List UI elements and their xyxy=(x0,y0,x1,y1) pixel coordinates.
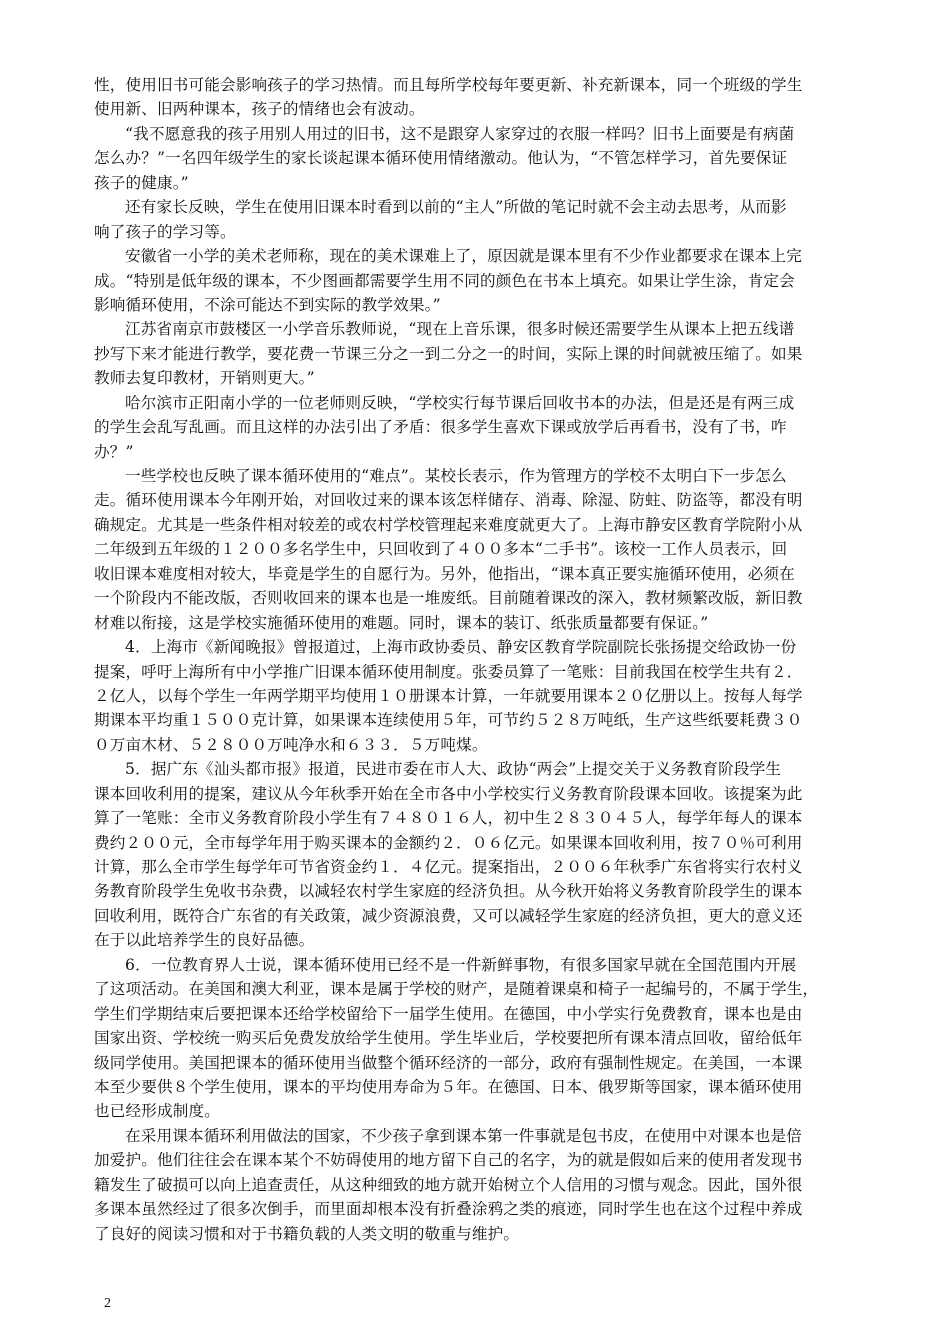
text-line: 哈尔滨市正阳南小学的一位老师则反映，“学校实行每节课后回收书本的办法，但是还是有… xyxy=(94,391,856,415)
document-page: 性，使用旧书可能会影响孩子的学习热情。而且每所学校每年要更新、补充新课本，同一个… xyxy=(0,0,950,1344)
text-line: 国家出资、学校统一购买后免费发放给学生使用。学生毕业后，学校要把所有课本清点回收… xyxy=(94,1026,856,1050)
text-line: 课本回收利用的提案，建议从今年秋季开始在全市各中小学校实行义务教育阶段课本回收。… xyxy=(94,782,856,806)
paragraph-item-6-foreign-practice: 6．一位教育界人士说，课本循环使用已经不是一件新鲜事物，有很多国家早就在全国范围… xyxy=(94,953,856,1124)
text-line: 了这项活动。在美国和澳大利亚，课本是属于学校的财产，是随着课桌和椅子一起编号的，… xyxy=(94,977,856,1001)
paragraph-continued-reading-enthusiasm: 性，使用旧书可能会影响孩子的学习热情。而且每所学校每年要更新、补充新课本，同一个… xyxy=(94,73,856,122)
text-line: 务教育阶段学生免收书杂费，以减轻农村学生家庭的经济负担。从今秋开始将义务教育阶段… xyxy=(94,879,856,903)
text-line: 确规定。尤其是一些条件相对较差的或农村学校管理起来难度就更大了。上海市静安区教育… xyxy=(94,513,856,537)
text-line: 学生们学期结束后要把课本还给学校留给下一届学生使用。在德国，中小学实行免费教育，… xyxy=(94,1002,856,1026)
text-line: 办？” xyxy=(94,440,856,464)
text-line: 性，使用旧书可能会影响孩子的学习热情。而且每所学校每年要更新、补充新课本，同一个… xyxy=(94,73,856,97)
paragraph-harbin-teacher: 哈尔滨市正阳南小学的一位老师则反映，“学校实行每节课后回收书本的办法，但是还是有… xyxy=(94,391,856,464)
text-line: 材难以衔接，这是学校实施循环使用的难题。同时，课本的装订、纸张质量都要有保证。” xyxy=(94,611,856,635)
text-line: 本至少要供８个学生使用，课本的平均使用寿命为５年。在德国、日本、俄罗斯等国家，课… xyxy=(94,1075,856,1099)
text-line: 走。循环使用课本今年刚开始，对回收过来的课本该怎样储存、消毒、除湿、防蛀、防盗等… xyxy=(94,488,856,512)
text-line: 一些学校也反映了课本循环使用的“难点”。某校长表示，作为管理方的学校不太明白下一… xyxy=(94,464,856,488)
text-line: 响了孩子的学习等。 xyxy=(94,220,856,244)
paragraph-parent-quote: “我不愿意我的孩子用别人用过的旧书，这不是跟穿人家穿过的衣服一样吗？旧书上面要是… xyxy=(94,122,856,195)
text-line: 在于以此培养学生的良好品德。 xyxy=(94,928,856,952)
text-line: 也已经形成制度。 xyxy=(94,1099,856,1123)
text-line: “我不愿意我的孩子用别人用过的旧书，这不是跟穿人家穿过的衣服一样吗？旧书上面要是… xyxy=(94,122,856,146)
text-line: 6．一位教育界人士说，课本循环使用已经不是一件新鲜事物，有很多国家早就在全国范围… xyxy=(94,953,856,977)
text-line: 抄写下来才能进行教学，要花费一节课三分之一到二分之一的时间，实际上课的时间就被压… xyxy=(94,342,856,366)
paragraph-book-care-habits: 在采用课本循环利用做法的国家，不少孩子拿到课本第一件事就是包书皮，在使用中对课本… xyxy=(94,1124,856,1246)
text-line: ０万亩木材、５２８００万吨净水和６３３．５万吨煤。 xyxy=(94,733,856,757)
paragraph-item-5-shantou-proposal: 5．据广东《汕头都市报》报道，民进市委在市人大、政协“两会”上提交关于义务教育阶… xyxy=(94,757,856,953)
text-line: 4．上海市《新闻晚报》曾报道过，上海市政协委员、静安区教育学院副院长张扬提交给政… xyxy=(94,635,856,659)
text-line: 江苏省南京市鼓楼区一小学音乐教师说，“现在上音乐课，很多时候还需要学生从课本上把… xyxy=(94,317,856,341)
document-body: 性，使用旧书可能会影响孩子的学习热情。而且每所学校每年要更新、补充新课本，同一个… xyxy=(94,73,856,1246)
text-line: 的学生会乱写乱画。而且这样的办法引出了矛盾：很多学生喜欢下课或放学后再看书，没有… xyxy=(94,415,856,439)
text-line: 提案，呼吁上海所有中小学推广旧课本循环使用制度。张委员算了一笔账：目前我国在校学… xyxy=(94,660,856,684)
text-line: 孩子的健康。” xyxy=(94,171,856,195)
text-line: 成。“特别是低年级的课本，不少图画都需要学生用不同的颜色在书本上填充。如果让学生… xyxy=(94,269,856,293)
text-line: ２亿人，以每个学生一年两学期平均使用１０册课本计算，一年就要用课本２０亿册以上。… xyxy=(94,684,856,708)
text-line: 安徽省一小学的美术老师称，现在的美术课难上了，原因就是课本里有不少作业都要求在课… xyxy=(94,244,856,268)
text-line: 费约２００元，全市每学年用于购买课本的金额约２．０６亿元。如果课本回收利用，按７… xyxy=(94,831,856,855)
text-line: 算了一笔账：全市义务教育阶段小学生有７４８０１６人，初中生２８３０４５人，每学年… xyxy=(94,806,856,830)
text-line: 计算，那么全市学生每学年可节省资金约１．４亿元。提案指出，２００６年秋季广东省将… xyxy=(94,855,856,879)
page-number: 2 xyxy=(104,1296,111,1312)
text-line: 回收利用，既符合广东省的有关政策，减少资源浪费，又可以减轻学生家庭的经济负担，更… xyxy=(94,904,856,928)
paragraph-nanjing-music-teacher: 江苏省南京市鼓楼区一小学音乐教师说，“现在上音乐课，很多时候还需要学生从课本上把… xyxy=(94,317,856,390)
text-line: 二年级到五年级的１２００多名学生中，只回收到了４００多本“二手书”。该校一工作人… xyxy=(94,537,856,561)
text-line: 了良好的阅读习惯和对于书籍负载的人类文明的敬重与维护。 xyxy=(94,1222,856,1246)
text-line: 收旧课本难度相对较大，毕竟是学生的自愿行为。另外，他指出，“课本真正要实施循环使… xyxy=(94,562,856,586)
text-line: 级同学使用。美国把课本的循环使用当做整个循环经济的一部分，政府有强制性规定。在美… xyxy=(94,1051,856,1075)
text-line: 使用新、旧两种课本，孩子的情绪也会有波动。 xyxy=(94,97,856,121)
text-line: 5．据广东《汕头都市报》报道，民进市委在市人大、政协“两会”上提交关于义务教育阶… xyxy=(94,757,856,781)
text-line: 一个阶段内不能改版，否则收回来的课本也是一堆废纸。目前随着课改的深入，教材频繁改… xyxy=(94,586,856,610)
text-line: 在采用课本循环利用做法的国家，不少孩子拿到课本第一件事就是包书皮，在使用中对课本… xyxy=(94,1124,856,1148)
paragraph-item-4-shanghai-proposal: 4．上海市《新闻晚报》曾报道过，上海市政协委员、静安区教育学院副院长张扬提交给政… xyxy=(94,635,856,757)
paragraph-anhui-art-teacher: 安徽省一小学的美术老师称，现在的美术课难上了，原因就是课本里有不少作业都要求在课… xyxy=(94,244,856,317)
paragraph-previous-owner-notes: 还有家长反映，学生在使用旧课本时看到以前的“主人”所做的笔记时就不会主动去思考，… xyxy=(94,195,856,244)
text-line: 加爱护。他们往往会在课本某个不妨碍使用的地方留下自己的名字，为的就是假如后来的使… xyxy=(94,1148,856,1172)
text-line: 教师去复印教材，开销则更大。” xyxy=(94,366,856,390)
text-line: 籍发生了破损可以向上追查责任，从这种细致的地方就开始树立个人信用的习惯与观念。因… xyxy=(94,1173,856,1197)
text-line: 影响循环使用，不涂可能达不到实际的教学效果。” xyxy=(94,293,856,317)
text-line: 期课本平均重１５００克计算，如果课本连续使用５年，可节约５２８万吨纸，生产这些纸… xyxy=(94,708,856,732)
paragraph-school-difficulties: 一些学校也反映了课本循环使用的“难点”。某校长表示，作为管理方的学校不太明白下一… xyxy=(94,464,856,635)
text-line: 还有家长反映，学生在使用旧课本时看到以前的“主人”所做的笔记时就不会主动去思考，… xyxy=(94,195,856,219)
text-line: 多课本虽然经过了很多次倒手，而里面却根本没有折叠涂鸦之类的痕迹，同时学生也在这个… xyxy=(94,1197,856,1221)
text-line: 怎么办？”一名四年级学生的家长谈起课本循环使用情绪激动。他认为，“不管怎样学习，… xyxy=(94,146,856,170)
